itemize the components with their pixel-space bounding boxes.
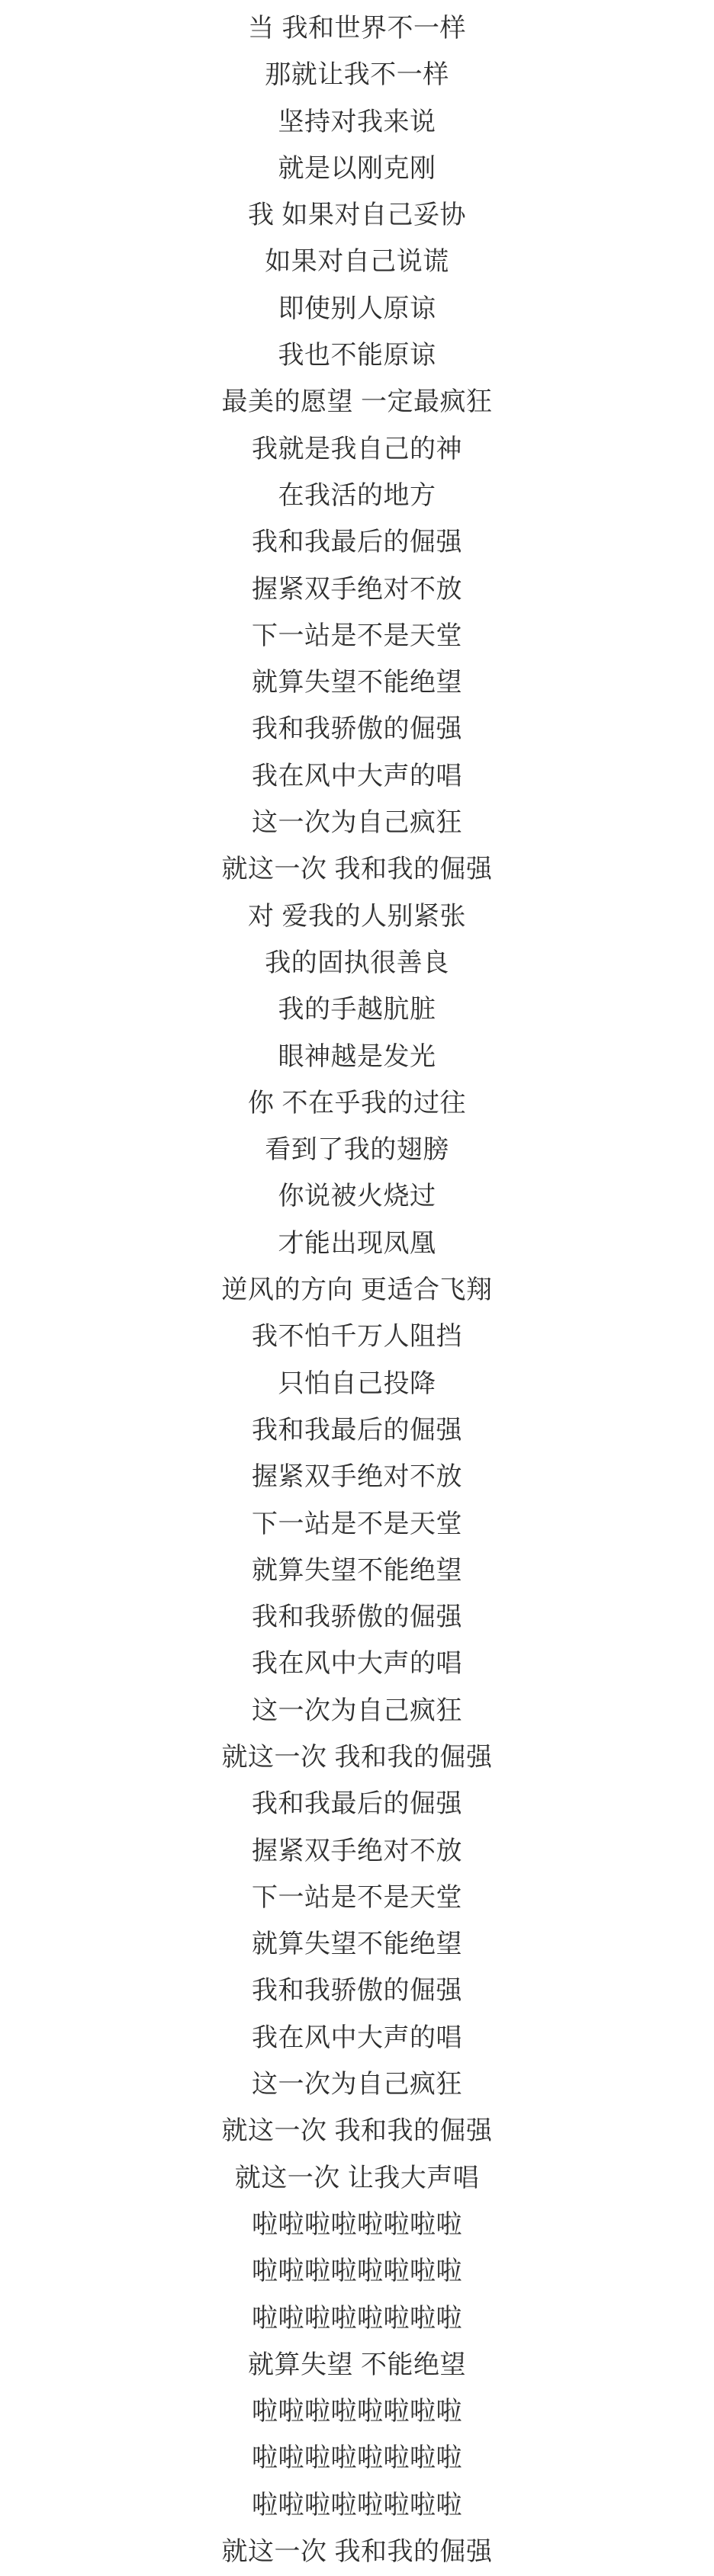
lyric-line: 下一站是不是天堂	[0, 1501, 714, 1548]
lyric-line: 在我活的地方	[0, 473, 714, 519]
lyric-line: 我和我最后的倔强	[0, 519, 714, 566]
lyrics-page: 当 我和世界不一样 那就让我不一样 坚持对我来说 就是以刚克刚 我 如果对自己妥…	[0, 0, 714, 2575]
lyric-line: 逆风的方向 更适合飞翔	[0, 1267, 714, 1314]
lyric-line: 就这一次 让我大声唱	[0, 2155, 714, 2202]
lyric-line: 我在风中大声的唱	[0, 753, 714, 800]
lyric-line: 眼神越是发光	[0, 1034, 714, 1080]
lyric-line: 我在风中大声的唱	[0, 1641, 714, 1687]
lyric-line: 啦啦啦啦啦啦啦啦	[0, 2388, 714, 2435]
lyric-line: 即使别人原谅	[0, 286, 714, 332]
lyric-line: 啦啦啦啦啦啦啦啦	[0, 2248, 714, 2295]
lyric-line: 这一次为自己疯狂	[0, 2061, 714, 2108]
lyric-line: 只怕自己投降	[0, 1361, 714, 1407]
lyric-line: 我就是我自己的神	[0, 426, 714, 473]
lyric-line: 握紧双手绝对不放	[0, 566, 714, 613]
lyric-line: 就算失望不能绝望	[0, 659, 714, 706]
lyric-line: 我和我骄傲的倔强	[0, 706, 714, 752]
lyrics-text: 当 我和世界不一样 那就让我不一样 坚持对我来说 就是以刚克刚 我 如果对自己妥…	[0, 5, 714, 2575]
lyric-line: 这一次为自己疯狂	[0, 1688, 714, 1734]
lyric-line: 我 如果对自己妥协	[0, 192, 714, 239]
lyric-line: 我和我骄傲的倔强	[0, 1968, 714, 2014]
lyric-line: 就这一次 我和我的倔强	[0, 2529, 714, 2575]
lyric-line: 我在风中大声的唱	[0, 2015, 714, 2061]
lyric-line: 你说被火烧过	[0, 1173, 714, 1220]
lyric-line: 就这一次 我和我的倔强	[0, 846, 714, 893]
lyric-line: 就是以刚克刚	[0, 146, 714, 192]
lyric-line: 就算失望不能绝望	[0, 1921, 714, 1968]
lyric-line: 我和我最后的倔强	[0, 1407, 714, 1454]
lyric-line: 就这一次 我和我的倔强	[0, 1734, 714, 1781]
lyric-line: 我不怕千万人阻挡	[0, 1314, 714, 1360]
lyric-line: 下一站是不是天堂	[0, 1875, 714, 1921]
lyric-line: 啦啦啦啦啦啦啦啦	[0, 2482, 714, 2529]
lyric-line: 最美的愿望 一定最疯狂	[0, 379, 714, 425]
lyric-line: 我的手越肮脏	[0, 986, 714, 1033]
lyric-line: 啦啦啦啦啦啦啦啦	[0, 2295, 714, 2342]
lyric-line: 我的固执很善良	[0, 940, 714, 986]
lyric-line: 对 爱我的人别紧张	[0, 893, 714, 940]
lyric-line: 啦啦啦啦啦啦啦啦	[0, 2435, 714, 2481]
lyric-line: 我和我最后的倔强	[0, 1781, 714, 1827]
lyric-line: 才能出现凤凰	[0, 1221, 714, 1267]
lyric-line: 当 我和世界不一样	[0, 5, 714, 52]
lyric-line: 那就让我不一样	[0, 52, 714, 98]
lyric-line: 下一站是不是天堂	[0, 613, 714, 659]
lyric-line: 我也不能原谅	[0, 332, 714, 379]
lyric-line: 这一次为自己疯狂	[0, 800, 714, 846]
lyric-line: 啦啦啦啦啦啦啦啦	[0, 2202, 714, 2248]
lyric-line: 你 不在乎我的过往	[0, 1080, 714, 1127]
lyric-line: 看到了我的翅膀	[0, 1127, 714, 1173]
lyric-line: 坚持对我来说	[0, 99, 714, 146]
lyric-line: 握紧双手绝对不放	[0, 1454, 714, 1500]
lyric-line: 如果对自己说谎	[0, 239, 714, 285]
lyric-line: 握紧双手绝对不放	[0, 1828, 714, 1875]
lyric-line: 就算失望不能绝望	[0, 1548, 714, 1594]
lyric-line: 就这一次 我和我的倔强	[0, 2108, 714, 2154]
lyric-line: 就算失望 不能绝望	[0, 2342, 714, 2388]
lyric-line: 我和我骄傲的倔强	[0, 1594, 714, 1641]
